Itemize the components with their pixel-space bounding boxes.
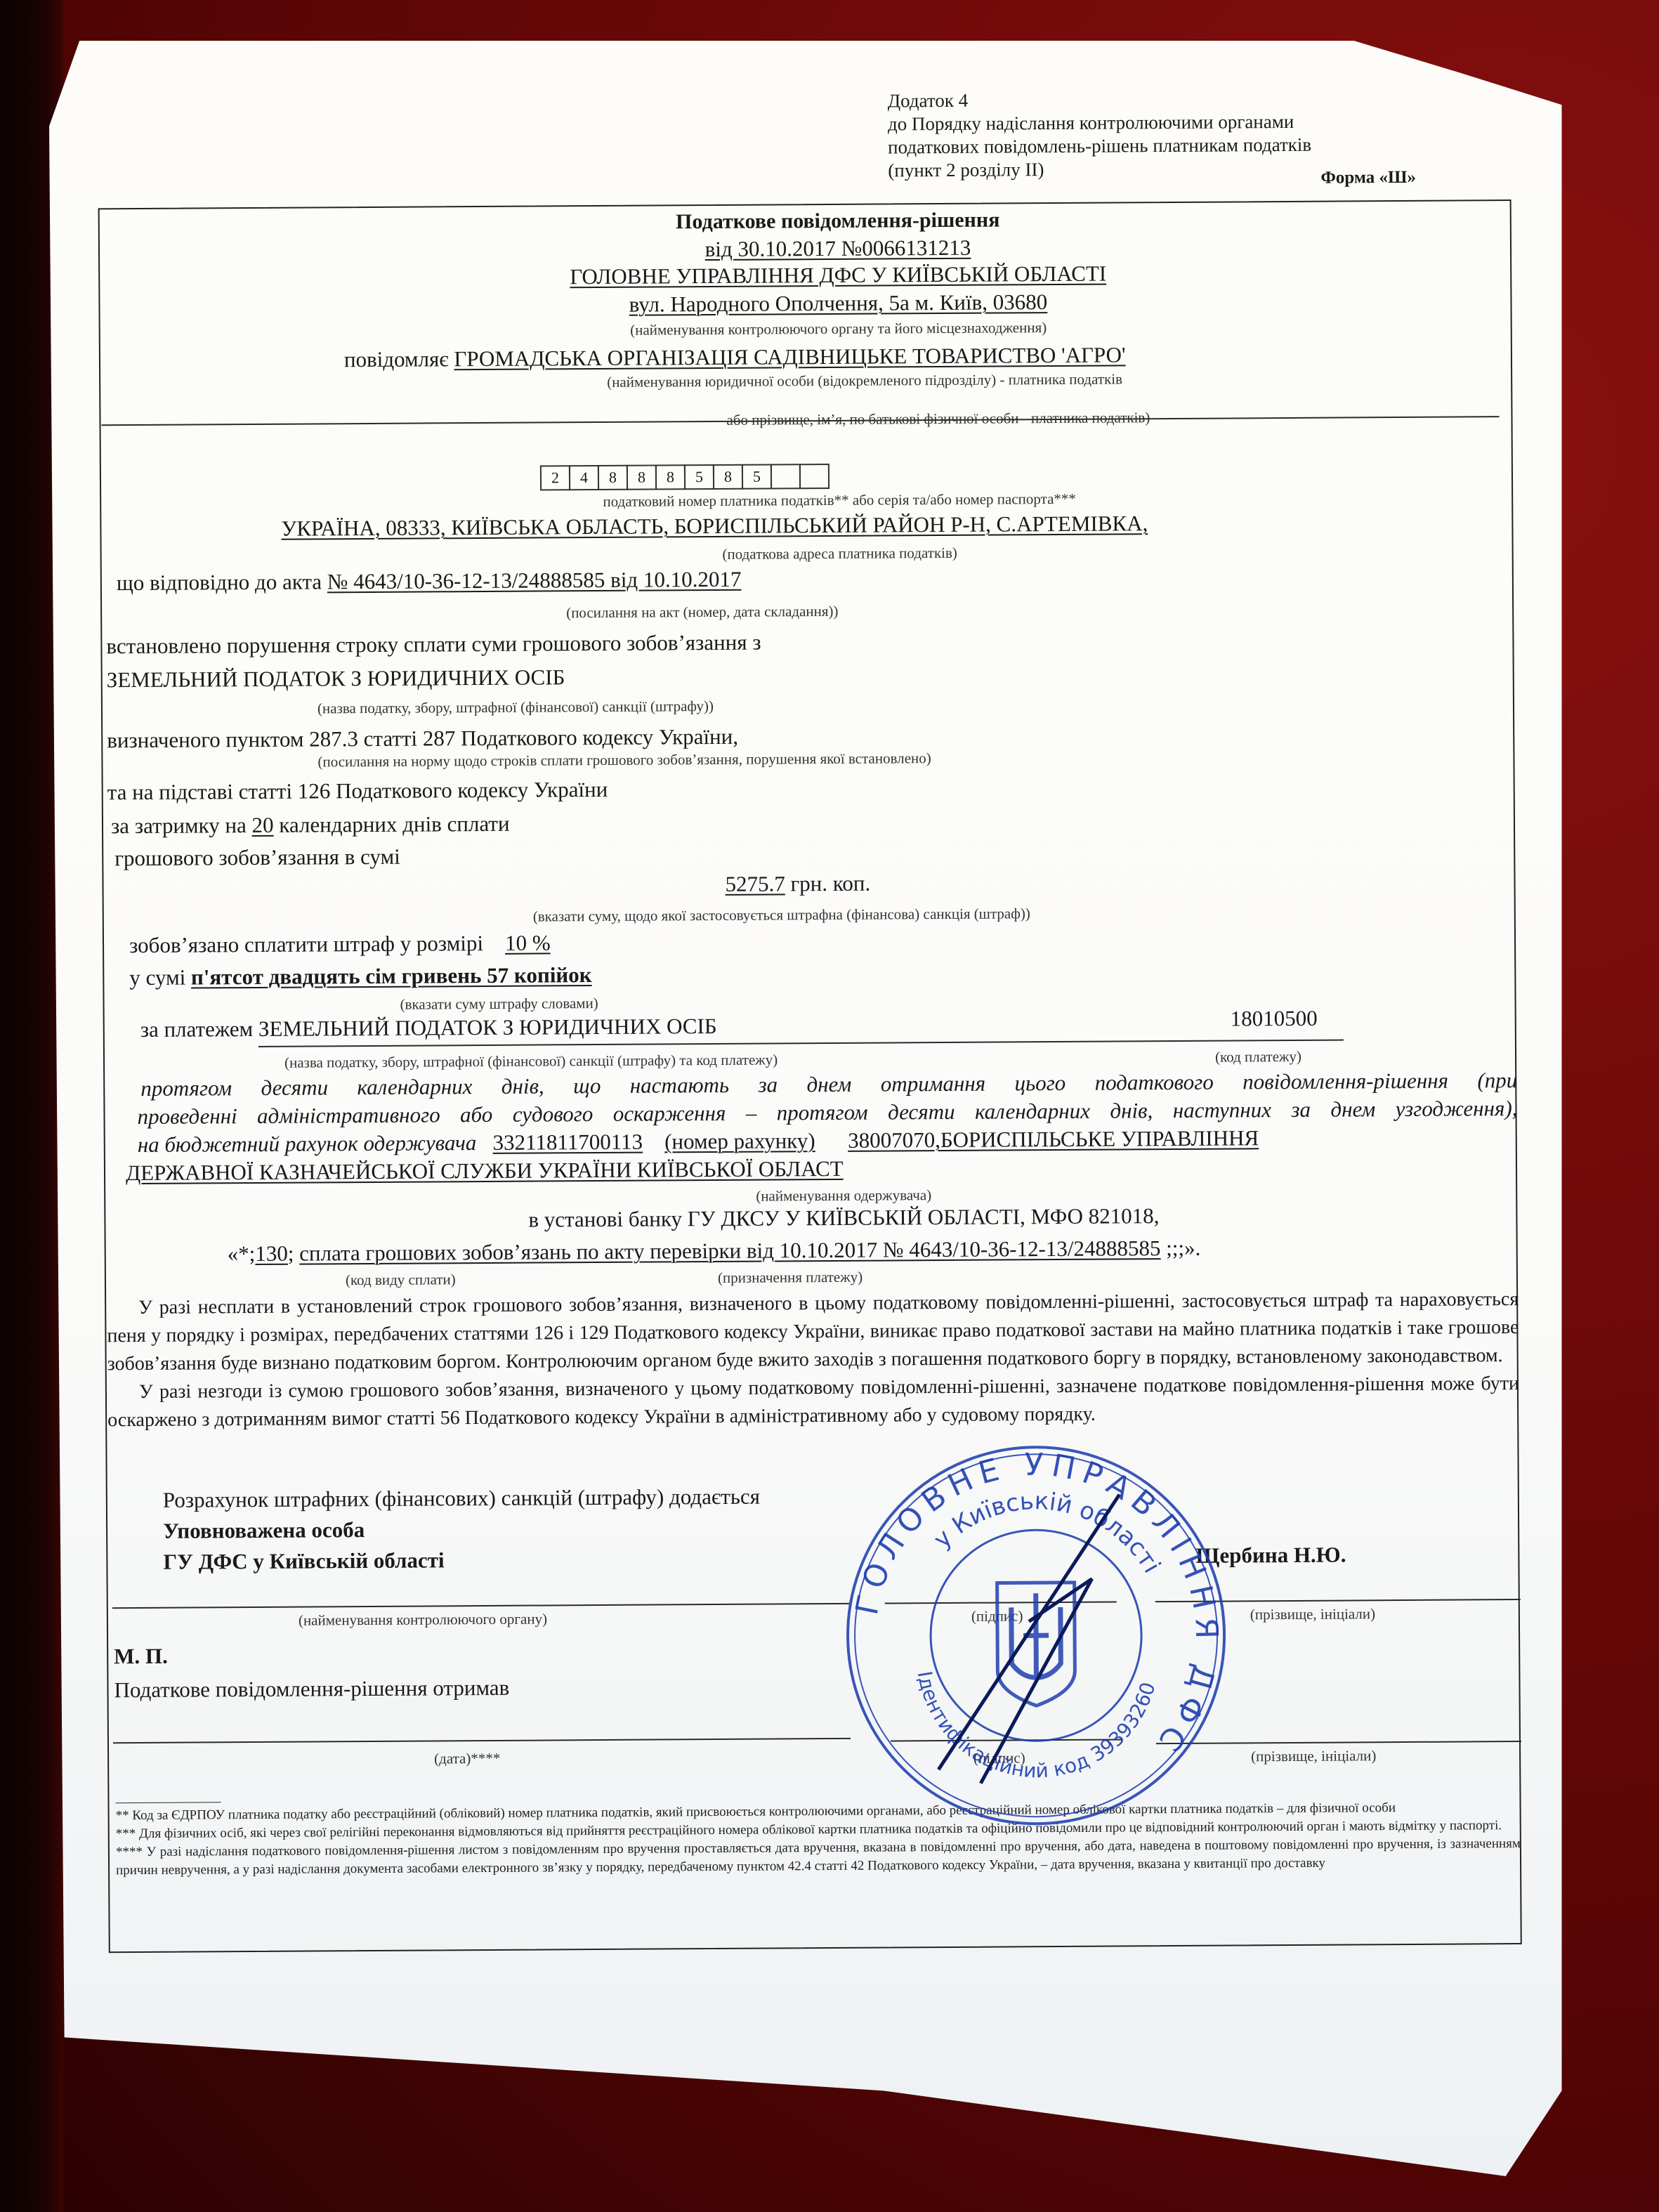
payment-line: за платежем ЗЕМЕЛЬНИЙ ПОДАТОК З ЮРИДИЧНИ… — [140, 1014, 717, 1042]
authority-caption-sign: (найменування контролюючого органу) — [299, 1610, 547, 1629]
form-label: Форма «Ш» — [1320, 168, 1416, 188]
non-payment-paragraph: У разі несплати в установлений строк гро… — [107, 1285, 1519, 1378]
taxpayer-caption: (найменування юридичної особи (відокремл… — [607, 370, 1122, 391]
tryzub-icon — [997, 1583, 1075, 1706]
account-caption: (номер рахунку) — [664, 1128, 815, 1153]
tax-number-digit: 8 — [655, 464, 686, 490]
document-date-number: від 30.10.2017 №0066131213 — [417, 233, 1259, 263]
payment-type-code: 130 — [255, 1241, 288, 1266]
payment-type-caption: (код виду сплати) — [346, 1271, 456, 1289]
calc-attached: Розрахунок штрафних (фінансових) санкцій… — [163, 1484, 760, 1513]
delay-suffix: календарних днів сплати — [279, 811, 509, 837]
tax-number-digit: 5 — [684, 464, 714, 490]
penalty-sum-line: у сумі п'ятсот двадцять сім гривень 57 к… — [129, 962, 591, 990]
stamp-id-text: Ідентифікаційний код 39393260 — [913, 1668, 1161, 1784]
tax-number-digit: 5 — [742, 464, 772, 489]
violation-line: встановлено порушення строку сплати суми… — [106, 630, 761, 660]
act-caption: (посилання на акт (номер, дата складання… — [566, 603, 838, 622]
account-number: 33211811700113 — [492, 1130, 643, 1155]
obligation-amount: 5275.7 — [725, 871, 785, 896]
name-caption: (прізвище, ініціали) — [1250, 1605, 1375, 1623]
act-line: що відповідно до акта № 4643/10-36-12-13… — [117, 567, 742, 596]
delay-prefix: за затримку на — [111, 813, 247, 838]
payment-code-caption: (код платежу) — [1215, 1048, 1301, 1066]
violated-tax-name: ЗЕМЕЛЬНИЙ ПОДАТОК З ЮРИДИЧНИХ ОСІБ — [107, 665, 565, 693]
tax-number-digit — [771, 464, 801, 489]
penalty-rate: 10 % — [505, 930, 551, 955]
annex-line: (пункт 2 розділу II) — [888, 157, 1311, 183]
tax-number-digit: 8 — [598, 465, 628, 490]
annex-line: до Порядку надіслання контролюючими орга… — [888, 110, 1311, 136]
received-label: Податкове повідомлення-рішення отримав — [114, 1675, 509, 1703]
taxpayer-name: ГРОМАДСЬКА ОРГАНІЗАЦІЯ САДІВНИЦЬКЕ ТОВАР… — [454, 342, 1125, 371]
delay-days: 20 — [251, 813, 273, 837]
penalty-sum-prefix: у сумі — [129, 965, 185, 990]
authority-short: ГУ ДФС у Київській області — [163, 1547, 444, 1574]
penalty-rate-line: зобов’язано сплатити штраф у розмірі 10 … — [129, 930, 551, 958]
recipient-part2: ДЕРЖАВНОЇ КАЗНАЧЕЙСЬКОЇ СЛУЖБИ УКРАЇНИ К… — [126, 1156, 844, 1186]
tax-notice-document: Додаток 4 до Порядку надіслання контролю… — [0, 0, 1659, 2212]
penalty-sum-caption: (вказати суму штрафу словами) — [400, 995, 598, 1014]
individual-caption: або прізвище, ім’я, по батькові фізичної… — [726, 409, 1150, 429]
amount-line: 5275.7 грн. коп. — [725, 871, 870, 897]
tax-number-boxes: 2 4 8 8 8 5 8 5 — [542, 464, 829, 491]
taxpayer-address: УКРАЇНА, 08333, КИЇВСЬКА ОБЛАСТЬ, БОРИСП… — [281, 511, 1148, 542]
payment-tax-name: ЗЕМЕЛЬНИЙ ПОДАТОК З ЮРИДИЧНИХ ОСІБ — [258, 1014, 717, 1041]
date-caption: (дата)**** — [434, 1750, 500, 1768]
taxpayer-line: повідомляє ГРОМАДСЬКА ОРГАНІЗАЦІЯ САДІВН… — [344, 342, 1126, 372]
legal-basis: та на підставі статті 126 Податкового ко… — [107, 777, 608, 805]
authorized-person: Уповноважена особа — [163, 1517, 365, 1544]
amount-caption: (вказати суму, щодо якої застосовується … — [533, 905, 1030, 925]
tax-number-digit — [799, 464, 829, 489]
notifies-prefix: повідомляє — [344, 346, 449, 372]
penalty-sum-words: п'ятсот двадцять сім гривень 57 копійок — [191, 962, 592, 989]
purpose-close: ;;;». — [1160, 1236, 1200, 1260]
account-prefix: на бюджетний рахунок одержувача — [138, 1130, 477, 1157]
delay-line: за затримку на 20 календарних днів сплат… — [111, 811, 510, 839]
violated-norm: визначеного пунктом 287.3 статті 287 Под… — [107, 724, 738, 753]
purpose-open: «*; — [228, 1241, 256, 1266]
payment-code: 18010500 — [1231, 1006, 1318, 1032]
act-prefix: що відповідно до акта — [117, 569, 322, 595]
legal-text: У разі несплати в установлений строк гро… — [107, 1285, 1519, 1434]
annex-note: Додаток 4 до Порядку надіслання контролю… — [888, 87, 1312, 183]
violated-tax-caption: (назва податку, збору, штрафної (фінансо… — [317, 698, 714, 717]
payment-name-caption: (назва податку, збору, штрафної (фінансо… — [284, 1051, 778, 1071]
recipient-part1: 38007070,БОРИСПІЛЬСЬКЕ УПРАВЛІННЯ — [848, 1125, 1259, 1153]
receiver-name-caption: (прізвище, ініціали) — [1251, 1747, 1376, 1765]
norm-caption: (посилання на норму щодо строків сплати … — [317, 750, 931, 771]
official-stamp: ГОЛОВНЕ УПРАВЛІННЯ ДФС у Київській облас… — [838, 1438, 1233, 1833]
seal-label: М. П. — [114, 1644, 168, 1669]
amount-prefix: грошового зобов’язання в сумі — [114, 844, 400, 871]
appeal-paragraph: У разі незгоди із сумою грошового зобов’… — [107, 1370, 1519, 1434]
tax-number-digit: 2 — [540, 465, 570, 490]
footnotes: ** Код за ЄДРПОУ платника податку або ре… — [116, 1798, 1521, 1880]
payment-purpose-caption: (призначення платежу) — [718, 1269, 863, 1287]
tax-number-digit: 8 — [713, 464, 743, 490]
payment-purpose: сплата грошових зобов’язань по акту пере… — [299, 1236, 1160, 1265]
penalty-rate-prefix: зобов’язано сплатити штраф у розмірі — [129, 931, 483, 957]
tax-number-digit: 8 — [627, 464, 657, 490]
annex-line: Додаток 4 — [888, 87, 1311, 113]
payment-prefix: за платежем — [140, 1016, 254, 1042]
tax-number-digit: 4 — [569, 465, 599, 490]
annex-line: податкових повідомлень-рішень платникам … — [888, 133, 1311, 159]
act-reference: № 4643/10-36-12-13/24888585 від 10.10.20… — [327, 567, 742, 594]
amount-unit: грн. коп. — [790, 871, 870, 896]
